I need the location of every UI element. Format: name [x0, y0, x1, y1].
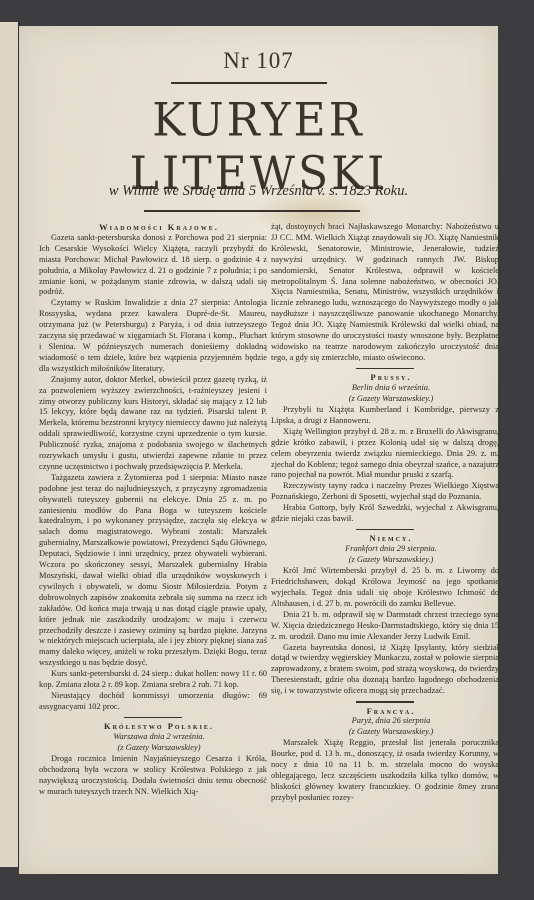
- section-source: (z Gazety Warszawskiey.): [271, 727, 499, 738]
- article-paragraph: Gazeta sankt-petersburska donosi z Porch…: [39, 233, 267, 298]
- article-paragraph: Tażgazeta zawiera z Żytomierza pod 1 sie…: [39, 473, 267, 669]
- section-heading-kingdom-of-poland: Królestwo Polskie.: [39, 721, 267, 732]
- section-dateline: Berlin dnia 6 września.: [271, 383, 499, 394]
- section-dateline: Paryż, dnia 26 sierpnia: [271, 716, 499, 727]
- section-source: (z Gazety Warszawskiey.): [271, 394, 499, 405]
- dateline: w Wilnie we Srodę dnia 5 Września v. s. …: [19, 183, 498, 200]
- article-paragraph: Kurs sankt-petersburski d. 24 sierp.: du…: [39, 669, 267, 691]
- adjacent-page-edge: [0, 22, 20, 867]
- left-column: Wiadomości Krajowe. Gazeta sankt-petersb…: [39, 222, 267, 798]
- article-paragraph: Król Jmć Wirtemberski przybył d. 25 b. m…: [271, 566, 499, 610]
- article-paragraph: Czytamy w Ruskim Inwalidzie z dnia 27 si…: [39, 298, 267, 374]
- article-paragraph: Droga rocznica Imienin Nayjaśnieyszego C…: [39, 754, 267, 798]
- section-heading-domestic: Wiadomości Krajowe.: [39, 222, 267, 233]
- section-dateline: Frankfort dnia 29 sierpnia.: [271, 544, 499, 555]
- masthead-bottom-rule: [144, 210, 360, 212]
- section-heading-prussia: Prussy.: [271, 372, 499, 383]
- article-paragraph: Nieustający dochód kommissyi umorzenia d…: [39, 691, 267, 713]
- section-divider: [356, 701, 414, 703]
- article-paragraph: Dnia 21 b. m. odprawił się w Darmstadt c…: [271, 610, 499, 643]
- article-paragraph: Hrabia Gottorp, były Król Szwedzki, wyje…: [271, 503, 499, 525]
- article-paragraph: Gazeta bayreutska donosi, iż Xiążę Ipsyl…: [271, 643, 499, 698]
- section-divider: [356, 368, 414, 370]
- article-paragraph: Marszałek Xiążę Reggio, przesłał list je…: [271, 738, 499, 803]
- issue-number-value: 107: [256, 48, 294, 73]
- section-divider: [124, 717, 182, 719]
- masthead-top-rule: [171, 82, 327, 84]
- section-source: (z Gazety Warszawskiey): [39, 743, 267, 754]
- section-dateline: Warszawa dnia 2 września.: [39, 732, 267, 743]
- section-heading-germany: Niemcy.: [271, 533, 499, 544]
- section-divider: [356, 529, 414, 531]
- right-column: żąt, dostoynych braci Najłaskawszego Mon…: [271, 222, 499, 804]
- issue-number: Nr 107: [19, 48, 498, 74]
- section-heading-france: Francya.: [271, 706, 499, 717]
- article-paragraph: żąt, dostoynych braci Najłaskawszego Mon…: [271, 222, 499, 364]
- article-paragraph: Xiążę Wellington przybył d. 28 z. m. z B…: [271, 427, 499, 482]
- article-paragraph: Przybyli tu Xiążęta Kumberland i Kombrid…: [271, 405, 499, 427]
- article-paragraph: Rzeczywisty tayny radca i naczelny Preze…: [271, 481, 499, 503]
- article-paragraph: Znajomy autor, doktor Merkel, obwieścił …: [39, 375, 267, 473]
- issue-label: Nr: [223, 48, 249, 73]
- newspaper-page: Nr 107 KURYER LITEWSKI w Wilnie we Srodę…: [19, 26, 498, 874]
- section-source: (z Gazety Warszawskiey.): [271, 555, 499, 566]
